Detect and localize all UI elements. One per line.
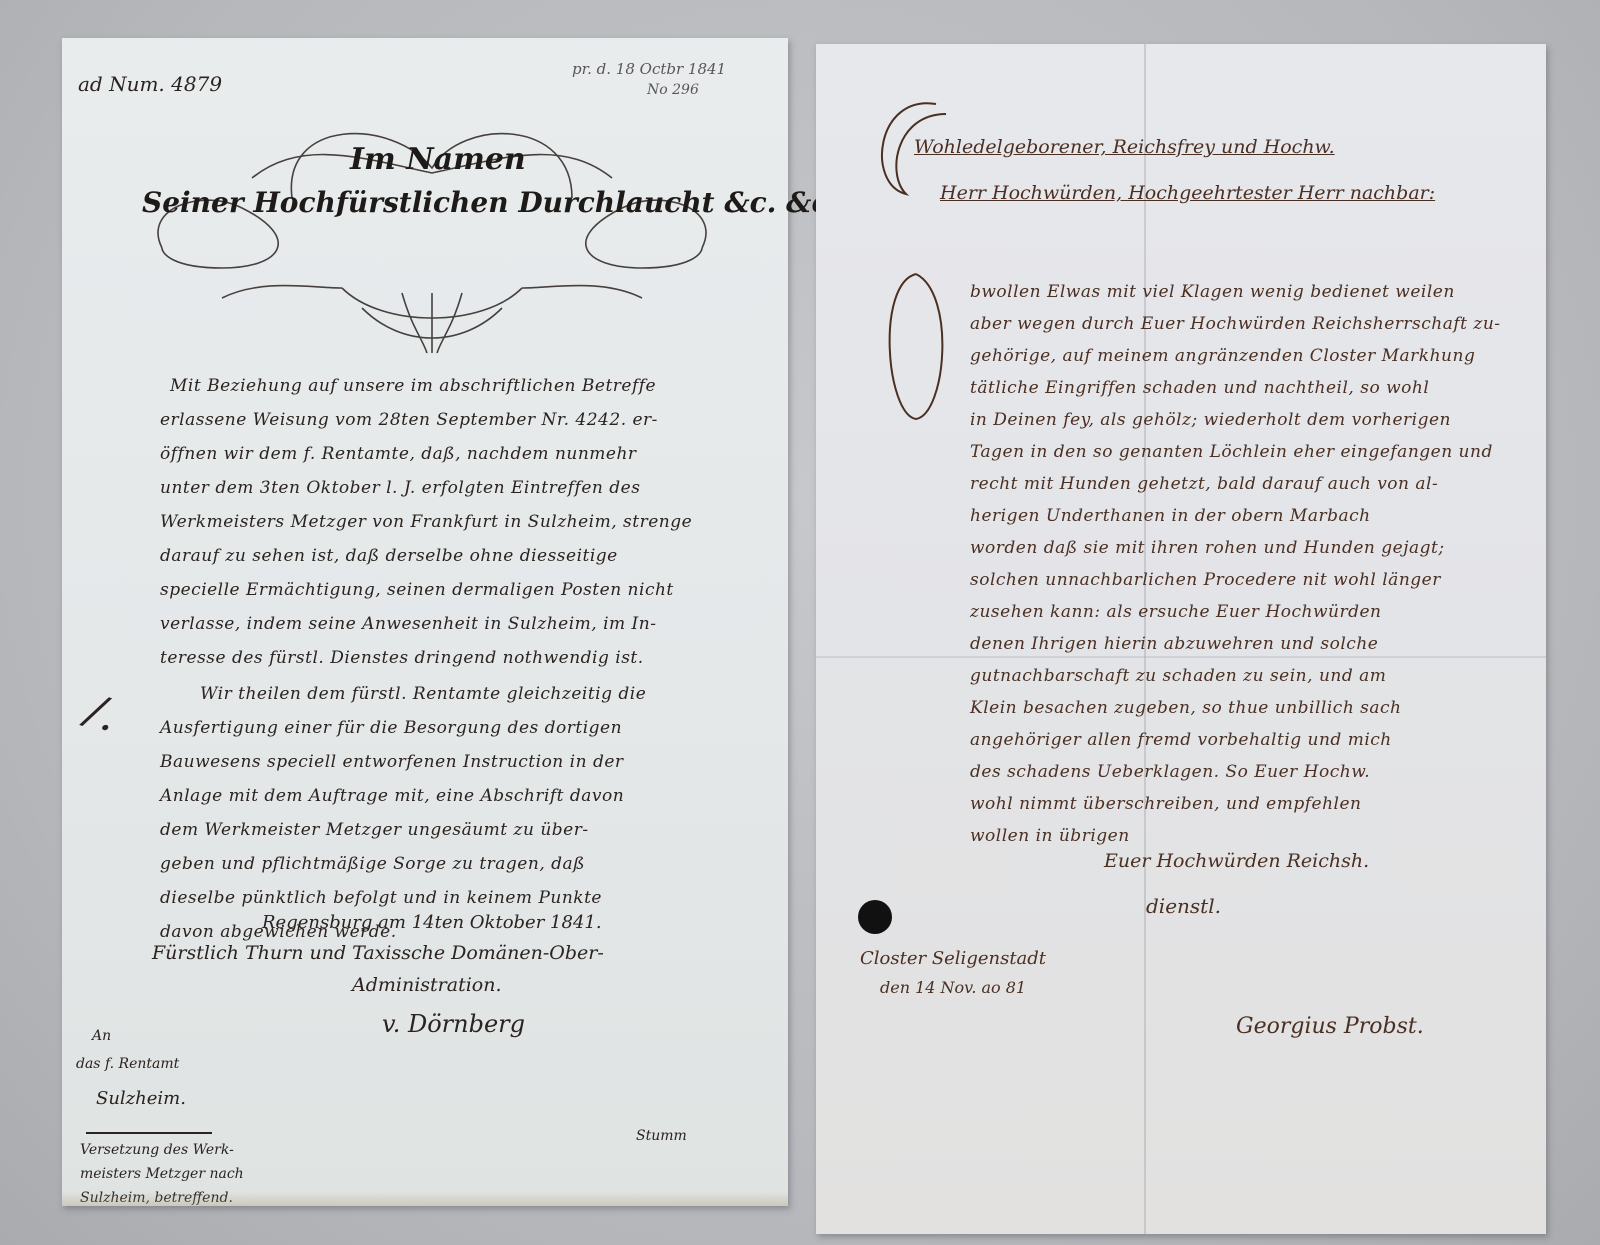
body-line: geben und pflichtmäßige Sorge zu tragen,… [160, 854, 585, 874]
body-line: gutnachbarschaft zu schaden zu sein, und… [970, 666, 1386, 686]
body-line: bwollen Elwas mit viel Klagen wenig bedi… [970, 282, 1455, 302]
address-place: Sulzheim. [96, 1088, 186, 1109]
body-line: worden daß sie mit ihren rohen und Hunde… [970, 538, 1445, 558]
body-line: öffnen wir dem f. Rentamte, daß, nachdem… [160, 444, 637, 464]
body-line: darauf zu sehen ist, daß derselbe ohne d… [160, 546, 618, 566]
issuer-line-2: Administration. [352, 974, 502, 996]
salutation-line-2: Herr Hochwürden, Hochgeehrtester Herr na… [940, 182, 1435, 204]
body-line: Tagen in den so genanten Löchlein eher e… [970, 442, 1493, 462]
body-line: des schadens Ueberklagen. So Euer Hochw. [970, 762, 1370, 782]
body-line: herigen Underthanen in der obern Marbach [970, 506, 1371, 526]
initial-flourish-icon [856, 74, 976, 434]
body-line: wollen in übrigen [970, 826, 1130, 846]
body-line: recht mit Hunden gehetzt, bald darauf au… [970, 474, 1438, 494]
document-left: ad Num. 4879 pr. d. 18 Octbr 1841 No 296… [62, 38, 788, 1206]
signature: v. Dörnberg [382, 1010, 525, 1038]
closing-line-1: Euer Hochwürden Reichsh. [1104, 850, 1369, 872]
signature: Georgius Probst. [1236, 1014, 1424, 1039]
body-line: verlasse, indem seine Anwesenheit in Sul… [160, 614, 656, 634]
address-prefix: An [92, 1028, 111, 1044]
heading-line-2: Seiner Hochfürstlichen Durchlaucht &c. &… [142, 186, 838, 219]
date-line: Regensburg am 14ten Oktober 1841. [262, 912, 602, 933]
body-line: Bauwesens speciell entworfenen Instructi… [160, 752, 624, 772]
place-line: Closter Seligenstadt [860, 948, 1046, 969]
body-line: dieselbe pünktlich befolgt und in keinem… [160, 888, 602, 908]
body-line: Klein besachen zugeben, so thue unbillic… [970, 698, 1402, 718]
body-line: in Deinen fey, als gehölz; wiederholt de… [970, 410, 1451, 430]
body-line: unter dem 3ten Oktober l. J. erfolgten E… [160, 478, 640, 498]
document-right: Wohledelgeborener, Reichsfrey und Hochw.… [816, 44, 1546, 1234]
body-line: Mit Beziehung auf unsere im abschriftlic… [170, 376, 656, 396]
subject-line: meisters Metzger nach [80, 1166, 244, 1182]
subject-line: Sulzheim, betreffend. [80, 1190, 233, 1206]
body-line: erlassene Weisung vom 28ten September Nr… [160, 410, 658, 430]
body-line: Anlage mit dem Auftrage mit, eine Abschr… [160, 786, 624, 806]
closing-line-2: dienstl. [1146, 894, 1221, 918]
divider [86, 1132, 212, 1134]
issuer-line-1: Fürstlich Thurn und Taxissche Domänen-Ob… [152, 942, 604, 964]
salutation-line-1: Wohledelgeborener, Reichsfrey und Hochw. [914, 136, 1335, 158]
wax-seal-mark [858, 900, 892, 934]
body-line: teresse des fürstl. Dienstes dringend no… [160, 648, 644, 668]
body-line: gehörige, auf meinem angränzenden Closte… [970, 346, 1475, 366]
fold-line [816, 656, 1546, 658]
body-line: angehöriger allen fremd vorbehaltig und … [970, 730, 1392, 750]
body-line: wohl nimmt überschreiben, und empfehlen [970, 794, 1361, 814]
body-line: aber wegen durch Euer Hochwürden Reichsh… [970, 314, 1501, 334]
address-line: das f. Rentamt [76, 1056, 179, 1072]
date-line: den 14 Nov. ao 81 [880, 978, 1026, 997]
margin-mark: /. [80, 685, 125, 743]
body-line: dem Werkmeister Metzger ungesäumt zu übe… [160, 820, 589, 840]
heading-line-1: Im Namen [350, 142, 526, 177]
subject-line: Versetzung des Werk- [80, 1142, 234, 1158]
body-line: zusehen kann: als ersuche Euer Hochwürde… [970, 602, 1382, 622]
body-line: solchen unnachbarlichen Procedere nit wo… [970, 570, 1441, 590]
body-line: Ausfertigung einer für die Besorgung des… [160, 718, 622, 738]
body-line: denen Ihrigen hierin abzuwehren und solc… [970, 634, 1378, 654]
body-line: Wir theilen dem fürstl. Rentamte gleichz… [200, 684, 646, 704]
received-note: pr. d. 18 Octbr 1841 [572, 60, 726, 78]
body-line: tätliche Eingriffen schaden und nachthei… [970, 378, 1429, 398]
body-line: specielle Ermächtigung, seinen dermalige… [160, 580, 674, 600]
countersignature: Stumm [636, 1128, 687, 1144]
body-line: Werkmeisters Metzger von Frankfurt in Su… [160, 512, 692, 532]
